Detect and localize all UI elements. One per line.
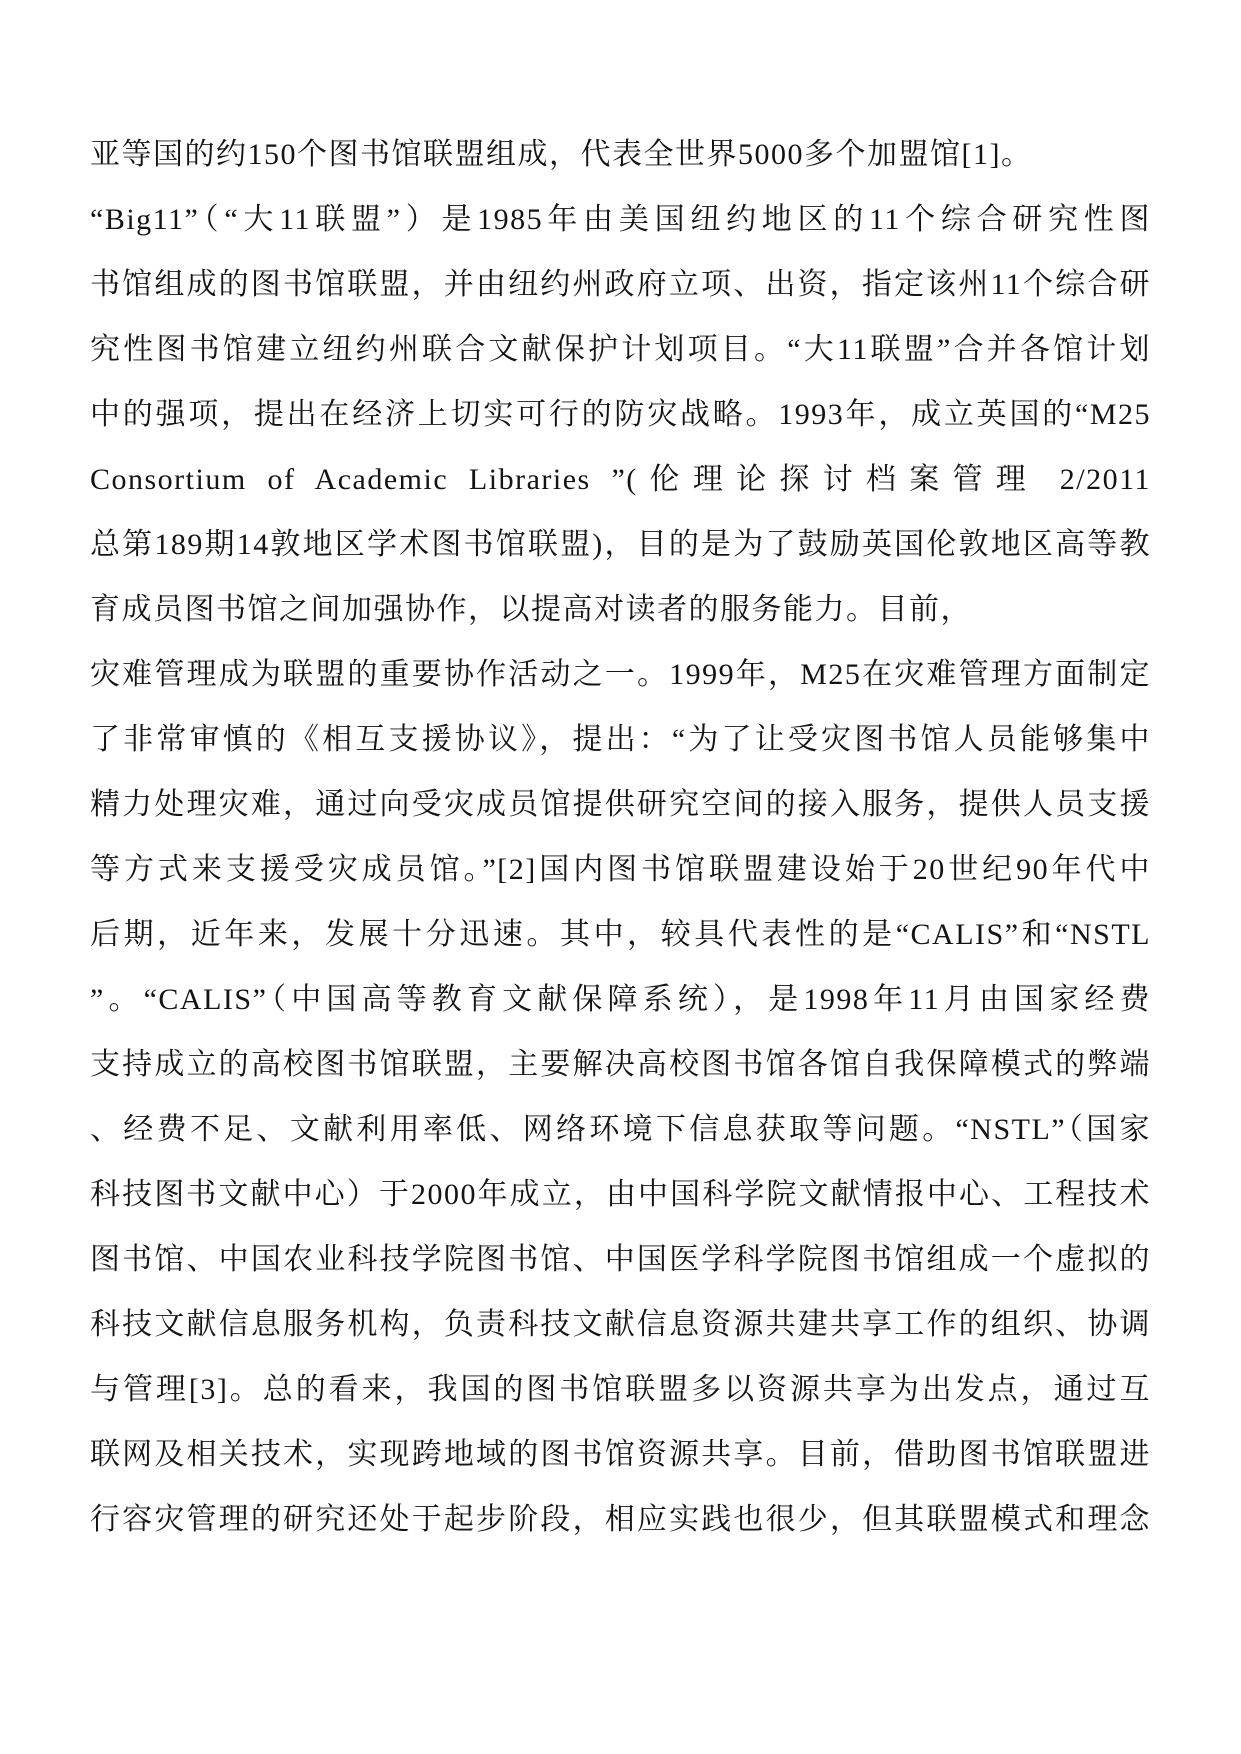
text-line: 等方式来支援受灾成员馆。”[2]国内图书馆联盟建设始于20世纪90年代中: [90, 837, 1151, 902]
text-line: 与管理[3]。总的看来，我国的图书馆联盟多以资源共享为出发点，通过互: [90, 1357, 1151, 1422]
document-page: 亚等国的约150个图书馆联盟组成，代表全世界5000多个加盟馆[1]。“Big1…: [0, 0, 1241, 1754]
text-line: 联网及相关技术，实现跨地域的图书馆资源共享。目前，借助图书馆联盟进: [90, 1422, 1151, 1487]
text-line: 精力处理灾难，通过向受灾成员馆提供研究空间的接入服务，提供人员支援: [90, 772, 1151, 837]
text-line: 图书馆、中国农业科技学院图书馆、中国医学科学院图书馆组成一个虚拟的: [90, 1227, 1151, 1292]
text-line: 亚等国的约150个图书馆联盟组成，代表全世界5000多个加盟馆[1]。: [90, 122, 1151, 187]
text-line: 灾难管理成为联盟的重要协作活动之一。1999年，M25在灾难管理方面制定: [90, 642, 1151, 707]
text-line: 、经费不足、文献利用率低、网络环境下信息获取等问题。“NSTL”（国家: [90, 1097, 1151, 1162]
text-line: Consortium of Academic Libraries ”(伦理论探讨…: [90, 447, 1151, 512]
text-line: 支持成立的高校图书馆联盟，主要解决高校图书馆各馆自我保障模式的弊端: [90, 1032, 1151, 1097]
text-line: 育成员图书馆之间加强协作，以提高对读者的服务能力。目前，: [90, 577, 1151, 642]
text-line: 后期，近年来，发展十分迅速。其中，较具代表性的是“CALIS”和“NSTL: [90, 902, 1151, 967]
text-line: 科技图书文献中心）于2000年成立，由中国科学院文献情报中心、工程技术: [90, 1162, 1151, 1227]
text-line: 书馆组成的图书馆联盟，并由纽约州政府立项、出资，指定该州11个综合研: [90, 252, 1151, 317]
text-line: “Big11”（“大11联盟”）是1985年由美国纽约地区的11个综合研究性图: [90, 187, 1151, 252]
text-line: 总第189期14敦地区学术图书馆联盟)，目的是为了鼓励英国伦敦地区高等教: [90, 512, 1151, 577]
text-line: 中的强项，提出在经济上切实可行的防灾战略。1993年，成立英国的“M25: [90, 382, 1151, 447]
text-line: 科技文献信息服务机构，负责科技文献信息资源共建共享工作的组织、协调: [90, 1292, 1151, 1357]
text-line: ”。“CALIS”（中国高等教育文献保障系统），是1998年11月由国家经费: [90, 967, 1151, 1032]
text-line: 行容灾管理的研究还处于起步阶段，相应实践也很少，但其联盟模式和理念: [90, 1487, 1151, 1552]
text-line: 了非常审慎的《相互支援协议》，提出：“为了让受灾图书馆人员能够集中: [90, 707, 1151, 772]
text-line: 究性图书馆建立纽约州联合文献保护计划项目。“大11联盟”合并各馆计划: [90, 317, 1151, 382]
document-body: 亚等国的约150个图书馆联盟组成，代表全世界5000多个加盟馆[1]。“Big1…: [90, 122, 1151, 1552]
